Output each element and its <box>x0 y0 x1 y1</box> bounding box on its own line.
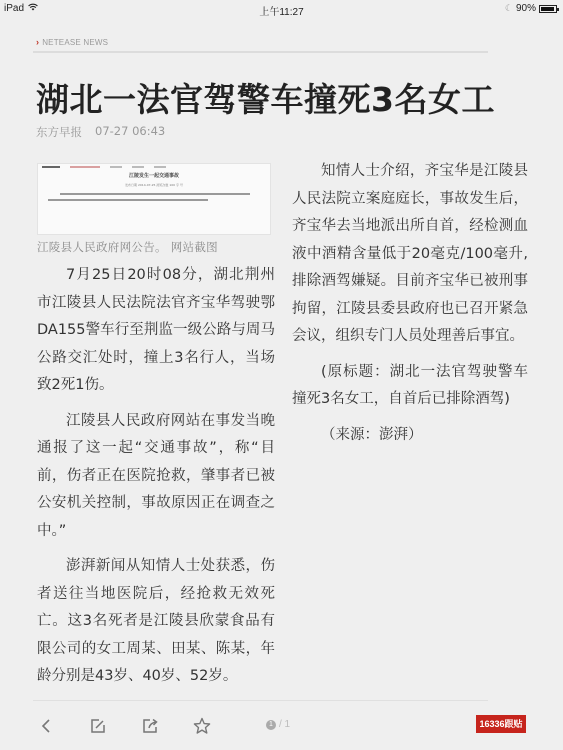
share-button[interactable] <box>141 717 159 735</box>
back-icon <box>38 717 56 735</box>
share-icon <box>141 717 159 735</box>
source-note: （来源：澎湃） <box>292 422 528 450</box>
image-doc-text <box>60 193 250 195</box>
bottom-toolbar: 1 / 1 16336跟贴 <box>0 705 563 745</box>
paragraph: 澎湃新闻从知情人士处获悉，伤者送往当地医院后，经抢救无效死亡。这3名死者是江陵县… <box>37 553 275 691</box>
image-doc-text <box>48 199 208 201</box>
page-total: / 1 <box>279 719 290 730</box>
favorite-button[interactable] <box>193 717 211 735</box>
article-title: 湖北一法官驾警车撞死3名女工 <box>36 74 495 121</box>
current-page: 1 <box>266 720 276 730</box>
article-column-right: 知情人士介绍，齐宝华是江陵县人民法院立案庭庭长，事故发生后，齐宝华去当地派出所自… <box>292 158 528 457</box>
source-breadcrumb: › NETEASE NEWS <box>36 37 108 47</box>
comments-button[interactable]: 16336跟贴 <box>476 715 526 733</box>
divider <box>33 51 488 53</box>
clock: 上午11:27 <box>0 3 563 18</box>
paragraph: 知情人士介绍，齐宝华是江陵县人民法院立案庭庭长，事故发生后，齐宝华去当地派出所自… <box>292 158 528 351</box>
paragraph: 江陵县人民政府网站在事发当晚通报了这一起“交通事故”，称“目前，伤者正在医院抢救… <box>37 408 275 546</box>
battery-icon <box>539 5 557 13</box>
original-title-note: (原标题：湖北一法官驾驶警车撞死3名女工，自首后已排除酒驾) <box>292 359 528 414</box>
image-doc-title: 江陵发生一起交通事故 <box>38 172 270 180</box>
image-nav-bar <box>42 166 166 168</box>
article-datetime: 07-27 06:43 <box>95 124 165 140</box>
compose-icon <box>89 717 107 735</box>
status-bar: iPad 上午11:27 ☾ 90% <box>0 0 563 18</box>
do-not-disturb-icon: ☾ <box>505 3 513 14</box>
image-doc-meta: 发布日期 2014-07-25 浏览次数 100 字 号 <box>38 183 270 187</box>
star-icon <box>193 717 211 735</box>
back-button[interactable] <box>38 717 56 735</box>
article-meta: 东方早报 07-27 06:43 <box>36 124 165 140</box>
article-source: 东方早报 <box>36 124 82 140</box>
article-column-left: 江陵发生一起交通事故 发布日期 2014-07-25 浏览次数 100 字 号 … <box>37 163 275 699</box>
source-label: NETEASE NEWS <box>42 38 108 47</box>
divider <box>33 700 488 701</box>
image-caption: 江陵县人民政府网公告。 网站截图 <box>37 238 275 256</box>
paragraph: 7月25日20时08分，湖北荆州市江陵县人民法院法官齐宝华驾驶鄂DA155警车行… <box>37 262 275 400</box>
article-image[interactable]: 江陵发生一起交通事故 发布日期 2014-07-25 浏览次数 100 字 号 <box>37 163 271 235</box>
page-indicator: 1 / 1 <box>266 719 290 730</box>
write-comment-button[interactable] <box>89 717 107 735</box>
chevron-right-icon: › <box>36 37 39 47</box>
battery-percent: 90% <box>516 3 536 14</box>
